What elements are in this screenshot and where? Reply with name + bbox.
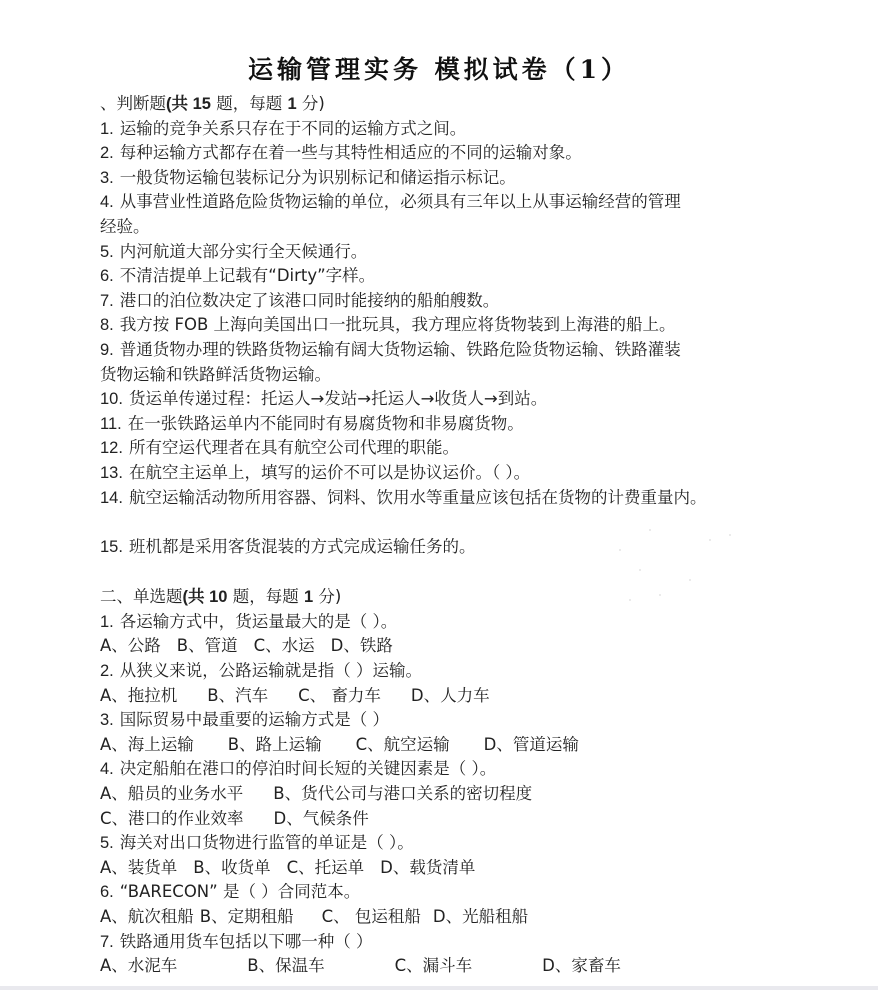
section-2-points: 1 — [304, 588, 313, 606]
question-text: 普通货物办理的铁路货物运输有阔大货物运输、铁路危险货物运输、铁路灌装 — [120, 340, 681, 359]
options-row: A、水泥车B、保温车C、漏斗车D、家畜车 — [100, 954, 780, 979]
question-text: 一般货物运输包装标记分为识别标记和储运指示标记。 — [120, 168, 516, 187]
question-item: 12.所有空运代理者在具有航空公司代理的职能。 — [100, 436, 780, 461]
question-number: 4. — [100, 193, 114, 211]
question-text: 从狭义来说，公路运输就是指（ ）运输。 — [120, 661, 422, 680]
question-item: 4.决定船舶在港口的停泊时间长短的关键因素是（ ）。 — [100, 757, 780, 782]
question-number: 1. — [100, 120, 114, 138]
question-item: 2.每种运输方式都存在着一些与其特性相适应的不同的运输对象。 — [100, 141, 780, 166]
options-row: A、拖拉机B、汽车C、 畜力车D、人力车 — [100, 684, 780, 709]
answer-option: C、 畜力车 — [298, 684, 381, 709]
single-choice-questions: 1.各运输方式中，货运量最大的是（ ）。A、公路B、管道C、水运D、铁路2.从狭… — [100, 610, 780, 979]
answer-option: B、定期租船 — [200, 905, 294, 930]
scan-smudge — [600, 520, 740, 610]
question-number: 7. — [100, 292, 114, 310]
heading-mid: 题，每题 — [211, 94, 288, 113]
answer-option: A、海上运输 — [100, 733, 194, 758]
question-number: 13. — [100, 464, 123, 482]
exam-title: 运输管理实务 模拟试卷（1） — [0, 50, 878, 86]
question-number: 3. — [100, 711, 114, 729]
question-item: 3.一般货物运输包装标记分为识别标记和储运指示标记。 — [100, 166, 780, 191]
question-text-continued: 货物运输和铁路鲜活货物运输。 — [100, 363, 780, 388]
question-text: 从事营业性道路危险货物运输的单位，必须具有三年以上从事运输经营的管理 — [120, 192, 681, 211]
question-text: 海关对出口货物进行监管的单证是（ ）。 — [120, 833, 414, 852]
question-text: 班机都是采用客货混装的方式完成运输任务的。 — [129, 537, 476, 556]
question-text: 在航空主运单上，填写的运价不可以是协议运价。（ ）。 — [129, 463, 530, 482]
question-number: 1. — [100, 613, 114, 631]
question-item: 5.海关对出口货物进行监管的单证是（ ）。 — [100, 831, 780, 856]
answer-option: C、托运单 — [287, 856, 365, 881]
question-text: 航空运输活动物所用容器、饲料、饮用水等重量应该包括在货物的计费重量内。 — [129, 488, 707, 507]
question-item: 7.港口的泊位数决定了该港口同时能接纳的船舶艘数。 — [100, 289, 780, 314]
question-number: 10. — [100, 390, 123, 408]
question-item: 2.从狭义来说，公路运输就是指（ ）运输。 — [100, 659, 780, 684]
question-text: 港口的泊位数决定了该港口同时能接纳的船舶艘数。 — [120, 291, 500, 310]
section-2-count: 10 — [209, 588, 227, 606]
answer-option: B、收货单 — [193, 856, 270, 881]
question-text: 所有空运代理者在具有航空公司代理的职能。 — [129, 438, 459, 457]
exam-page: 运输管理实务 模拟试卷（1） 、判断题(共 15 题，每题 1 分) 1.运输的… — [0, 0, 878, 986]
answer-option: D、载货清单 — [380, 856, 475, 881]
answer-option: D、气候条件 — [274, 807, 369, 832]
question-item: 4.从事营业性道路危险货物运输的单位，必须具有三年以上从事运输经营的管理 — [100, 190, 780, 215]
question-number: 11. — [100, 415, 122, 433]
question-item: 14.航空运输活动物所用容器、饲料、饮用水等重量应该包括在货物的计费重量内。 — [100, 486, 780, 511]
heading-close: 分) — [313, 587, 341, 606]
heading-mid: 题，每题 — [227, 587, 304, 606]
answer-option: B、货代公司与港口关系的密切程度 — [273, 782, 532, 807]
true-false-questions: 1.运输的竞争关系只存在于不同的运输方式之间。2.每种运输方式都存在着一些与其特… — [100, 117, 780, 560]
question-item: 3.国际贸易中最重要的运输方式是（ ） — [100, 708, 780, 733]
options-row: A、船员的业务水平B、货代公司与港口关系的密切程度 — [100, 782, 780, 807]
section-2-label: 二、单选题 — [100, 587, 183, 606]
answer-option: D、家畜车 — [542, 954, 621, 979]
question-text-continued: 经验。 — [100, 215, 780, 240]
section-1-heading: 、判断题(共 15 题，每题 1 分) — [100, 92, 780, 117]
question-text: 决定船舶在港口的停泊时间长短的关键因素是（ ）。 — [120, 759, 497, 778]
question-number: 4. — [100, 760, 114, 778]
question-item: 6.不清洁提单上记载有“Dirty”字样。 — [100, 264, 780, 289]
question-item: 6.“BARECON” 是（ ）合同范本。 — [100, 880, 780, 905]
options-row: A、装货单B、收货单C、托运单D、载货清单 — [100, 856, 780, 881]
heading-close: 分) — [297, 94, 325, 113]
answer-option: D、管道运输 — [484, 733, 579, 758]
question-text: 运输的竞争关系只存在于不同的运输方式之间。 — [120, 119, 467, 138]
question-number: 15. — [100, 538, 123, 556]
question-text: 我方按 FOB 上海向美国出口一批玩具，我方理应将货物装到上海港的船上。 — [120, 315, 676, 334]
question-number: 3. — [100, 169, 114, 187]
question-item: 11.在一张铁路运单内不能同时有易腐货物和非易腐货物。 — [100, 412, 780, 437]
question-item: 9.普通货物办理的铁路货物运输有阔大货物运输、铁路危险货物运输、铁路灌装 — [100, 338, 780, 363]
question-number: 5. — [100, 834, 114, 852]
section-1-label: 、判断题 — [100, 94, 166, 113]
question-item: 13.在航空主运单上，填写的运价不可以是协议运价。（ ）。 — [100, 461, 780, 486]
answer-option: B、保温车 — [247, 954, 324, 979]
question-item: 1.运输的竞争关系只存在于不同的运输方式之间。 — [100, 117, 780, 142]
question-item: 1.各运输方式中，货运量最大的是（ ）。 — [100, 610, 780, 635]
question-text: 每种运输方式都存在着一些与其特性相适应的不同的运输对象。 — [120, 143, 582, 162]
answer-option: A、船员的业务水平 — [100, 782, 243, 807]
answer-option: A、航次租船 — [100, 905, 194, 930]
options-row: C、港口的作业效率D、气候条件 — [100, 807, 780, 832]
answer-option: C、 包运租船 — [322, 905, 421, 930]
question-item: 5.内河航道大部分实行全天候通行。 — [100, 240, 780, 265]
question-text: 国际贸易中最重要的运输方式是（ ） — [120, 710, 389, 729]
question-number: 12. — [100, 439, 123, 457]
question-number: 2. — [100, 662, 114, 680]
answer-option: D、人力车 — [411, 684, 490, 709]
question-number: 14. — [100, 489, 123, 507]
question-number: 8. — [100, 316, 114, 334]
heading-paren: (共 — [166, 95, 193, 113]
question-number: 6. — [100, 267, 114, 285]
answer-option: A、装货单 — [100, 856, 177, 881]
answer-option: A、水泥车 — [100, 954, 177, 979]
question-text: 各运输方式中，货运量最大的是（ ）。 — [120, 612, 398, 631]
question-number: 2. — [100, 144, 114, 162]
question-text: 货运单传递过程：托运人→发站→托运人→收货人→到站。 — [129, 389, 547, 408]
question-text: 铁路通用货车包括以下哪一种（ ） — [120, 932, 373, 951]
viewer-bottom-edge — [0, 986, 878, 990]
answer-option: D、铁路 — [331, 634, 393, 659]
answer-option: C、水运 — [254, 634, 315, 659]
section-1-points: 1 — [287, 95, 296, 113]
answer-option: D、光船租船 — [433, 905, 528, 930]
question-text: 内河航道大部分实行全天候通行。 — [120, 242, 368, 261]
answer-option: C、漏斗车 — [395, 954, 473, 979]
answer-option: B、汽车 — [207, 684, 268, 709]
options-row: A、航次租船B、定期租船C、 包运租船D、光船租船 — [100, 905, 780, 930]
question-text: 经验。 — [100, 217, 150, 236]
question-text: 在一张铁路运单内不能同时有易腐货物和非易腐货物。 — [128, 414, 524, 433]
options-row: A、公路B、管道C、水运D、铁路 — [100, 634, 780, 659]
answer-option: A、公路 — [100, 634, 161, 659]
question-text: 不清洁提单上记载有“Dirty”字样。 — [120, 266, 375, 285]
heading-paren: (共 — [183, 588, 210, 606]
question-number: 7. — [100, 933, 114, 951]
answer-option: B、路上运输 — [228, 733, 322, 758]
question-item: 7.铁路通用货车包括以下哪一种（ ） — [100, 930, 780, 955]
question-number: 9. — [100, 341, 114, 359]
section-1-count: 15 — [193, 95, 211, 113]
question-text: “BARECON” 是（ ）合同范本。 — [120, 882, 360, 901]
question-text: 货物运输和铁路鲜活货物运输。 — [100, 365, 331, 384]
options-row: A、海上运输B、路上运输C、航空运输D、管道运输 — [100, 733, 780, 758]
answer-option: A、拖拉机 — [100, 684, 177, 709]
answer-option: C、港口的作业效率 — [100, 807, 244, 832]
answer-option: B、管道 — [177, 634, 238, 659]
answer-option: C、航空运输 — [356, 733, 450, 758]
question-item: 10.货运单传递过程：托运人→发站→托运人→收货人→到站。 — [100, 387, 780, 412]
question-number: 6. — [100, 883, 114, 901]
question-number: 5. — [100, 243, 114, 261]
question-item: 8.我方按 FOB 上海向美国出口一批玩具，我方理应将货物装到上海港的船上。 — [100, 313, 780, 338]
